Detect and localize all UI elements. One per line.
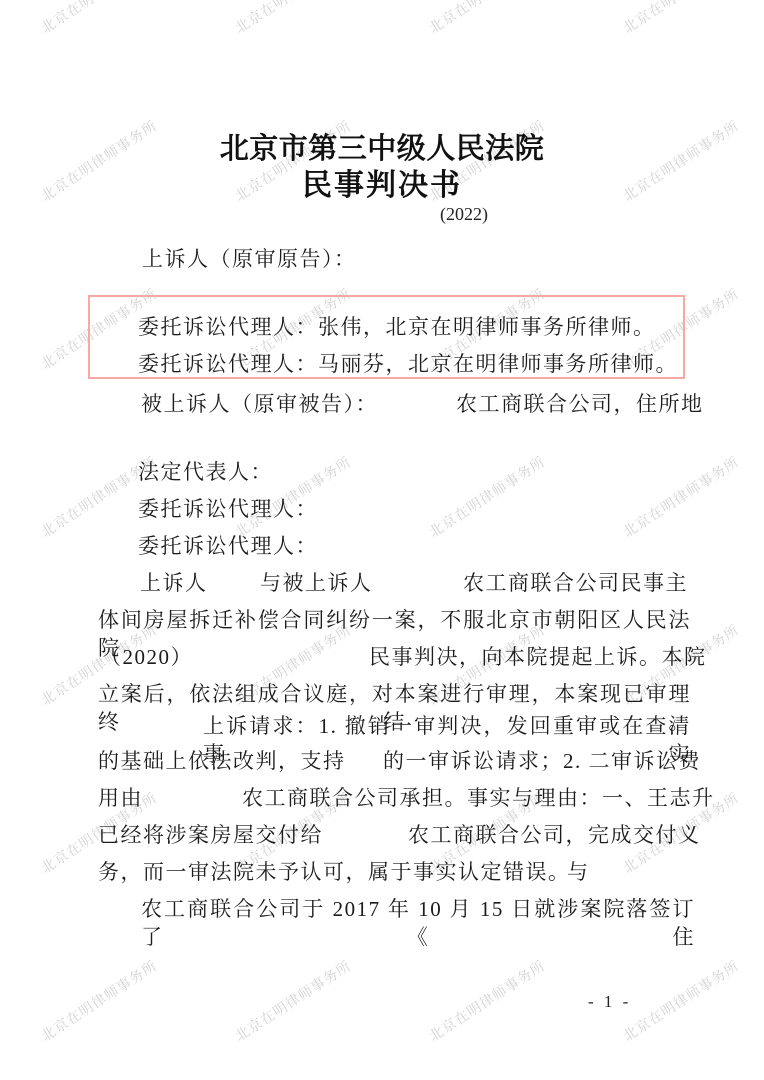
text-segment: 民事判决，向本院提起上诉。本院 — [369, 643, 707, 671]
watermark-text: 北京在明律师事务所 — [37, 0, 161, 38]
watermark-text: 北京在明律师事务所 — [231, 0, 355, 38]
text-segment: 委托诉讼代理人：马丽芬，北京在明律师事务所律师。 — [138, 350, 678, 378]
document-line: 委托诉讼代理人：马丽芬，北京在明律师事务所律师。 — [0, 350, 764, 380]
text-segment: 与 — [567, 858, 590, 886]
text-segment: 法定代表人： — [138, 458, 273, 486]
watermark-text: 北京在明律师事务所 — [231, 955, 355, 1045]
text-segment: 农工商联合公司承担。事实与理由：一、王志升 — [242, 784, 715, 812]
watermark-text: 北京在明律师事务所 — [425, 0, 549, 38]
text-segment: 被上诉人（原审被告）： — [141, 390, 378, 418]
document-line: （2020）民事判决，向本院提起上诉。本院 — [0, 643, 764, 673]
text-segment: 务，而一审法院未予认可，属于事实认定错误。 — [98, 858, 571, 886]
document-line: 委托诉讼代理人：张伟，北京在明律师事务所律师。 — [0, 313, 764, 343]
text-segment: 农工商联合公司，住所地 — [456, 390, 704, 418]
document-line: 委托诉讼代理人： — [0, 532, 764, 562]
document-line: 已经将涉案房屋交付给农工商联合公司，完成交付义 — [0, 821, 764, 851]
document-line: 用由农工商联合公司承担。事实与理由：一、王志升 — [0, 784, 764, 814]
text-segment: 与被上诉人 — [260, 569, 373, 597]
text-segment: （2020） — [100, 643, 193, 671]
page-number: - 1 - — [588, 992, 631, 1012]
document-line: 的基础上依法改判，支持的一审诉讼请求；2. 二审诉讼费 — [0, 747, 764, 777]
document-line: 上诉人（原审原告）： — [0, 245, 764, 275]
document-line: 法定代表人： — [0, 458, 764, 488]
text-segment: 用由 — [98, 784, 143, 812]
document-type-title: 民事判决书 — [0, 160, 764, 204]
document-line: 农工商联合公司于 2017 年 10 月 15 日就涉案院落签订了《住 — [141, 895, 695, 951]
document-line: 上诉人与被上诉人农工商联合公司民事主 — [0, 569, 764, 599]
watermark-text: 北京在明律师事务所 — [619, 0, 743, 38]
document-line: 委托诉讼代理人： — [0, 495, 764, 525]
document-line: 务，而一审法院未予认可，属于事实认定错误。与 — [0, 858, 764, 888]
text-segment: 农工商联合公司，完成交付义 — [408, 821, 701, 849]
text-segment: 委托诉讼代理人：张伟，北京在明律师事务所律师。 — [138, 313, 656, 341]
text-segment: 上诉人（原审原告）： — [142, 245, 357, 273]
watermark-text: 北京在明律师事务所 — [425, 955, 549, 1045]
text-segment: 的基础上依法改判，支持 — [98, 747, 346, 775]
case-year: (2022) — [440, 204, 488, 225]
text-segment: 农工商联合公司民事主 — [463, 569, 688, 597]
watermark-text: 北京在明律师事务所 — [37, 955, 161, 1045]
text-segment: 的一审诉讼请求；2. 二审诉讼费 — [383, 747, 701, 775]
document-line: 被上诉人（原审被告）：农工商联合公司，住所地 — [0, 390, 764, 420]
judgment-document-page: 北京在明律师事务所北京在明律师事务所北京在明律师事务所北京在明律师事务所北京在明… — [0, 0, 764, 1080]
text-segment: 上诉人 — [140, 569, 208, 597]
watermark-text: 北京在明律师事务所 — [619, 955, 743, 1045]
text-segment: 委托诉讼代理人： — [138, 495, 318, 523]
text-segment: 委托诉讼代理人： — [138, 532, 318, 560]
text-segment: 已经将涉案房屋交付给 — [98, 821, 323, 849]
